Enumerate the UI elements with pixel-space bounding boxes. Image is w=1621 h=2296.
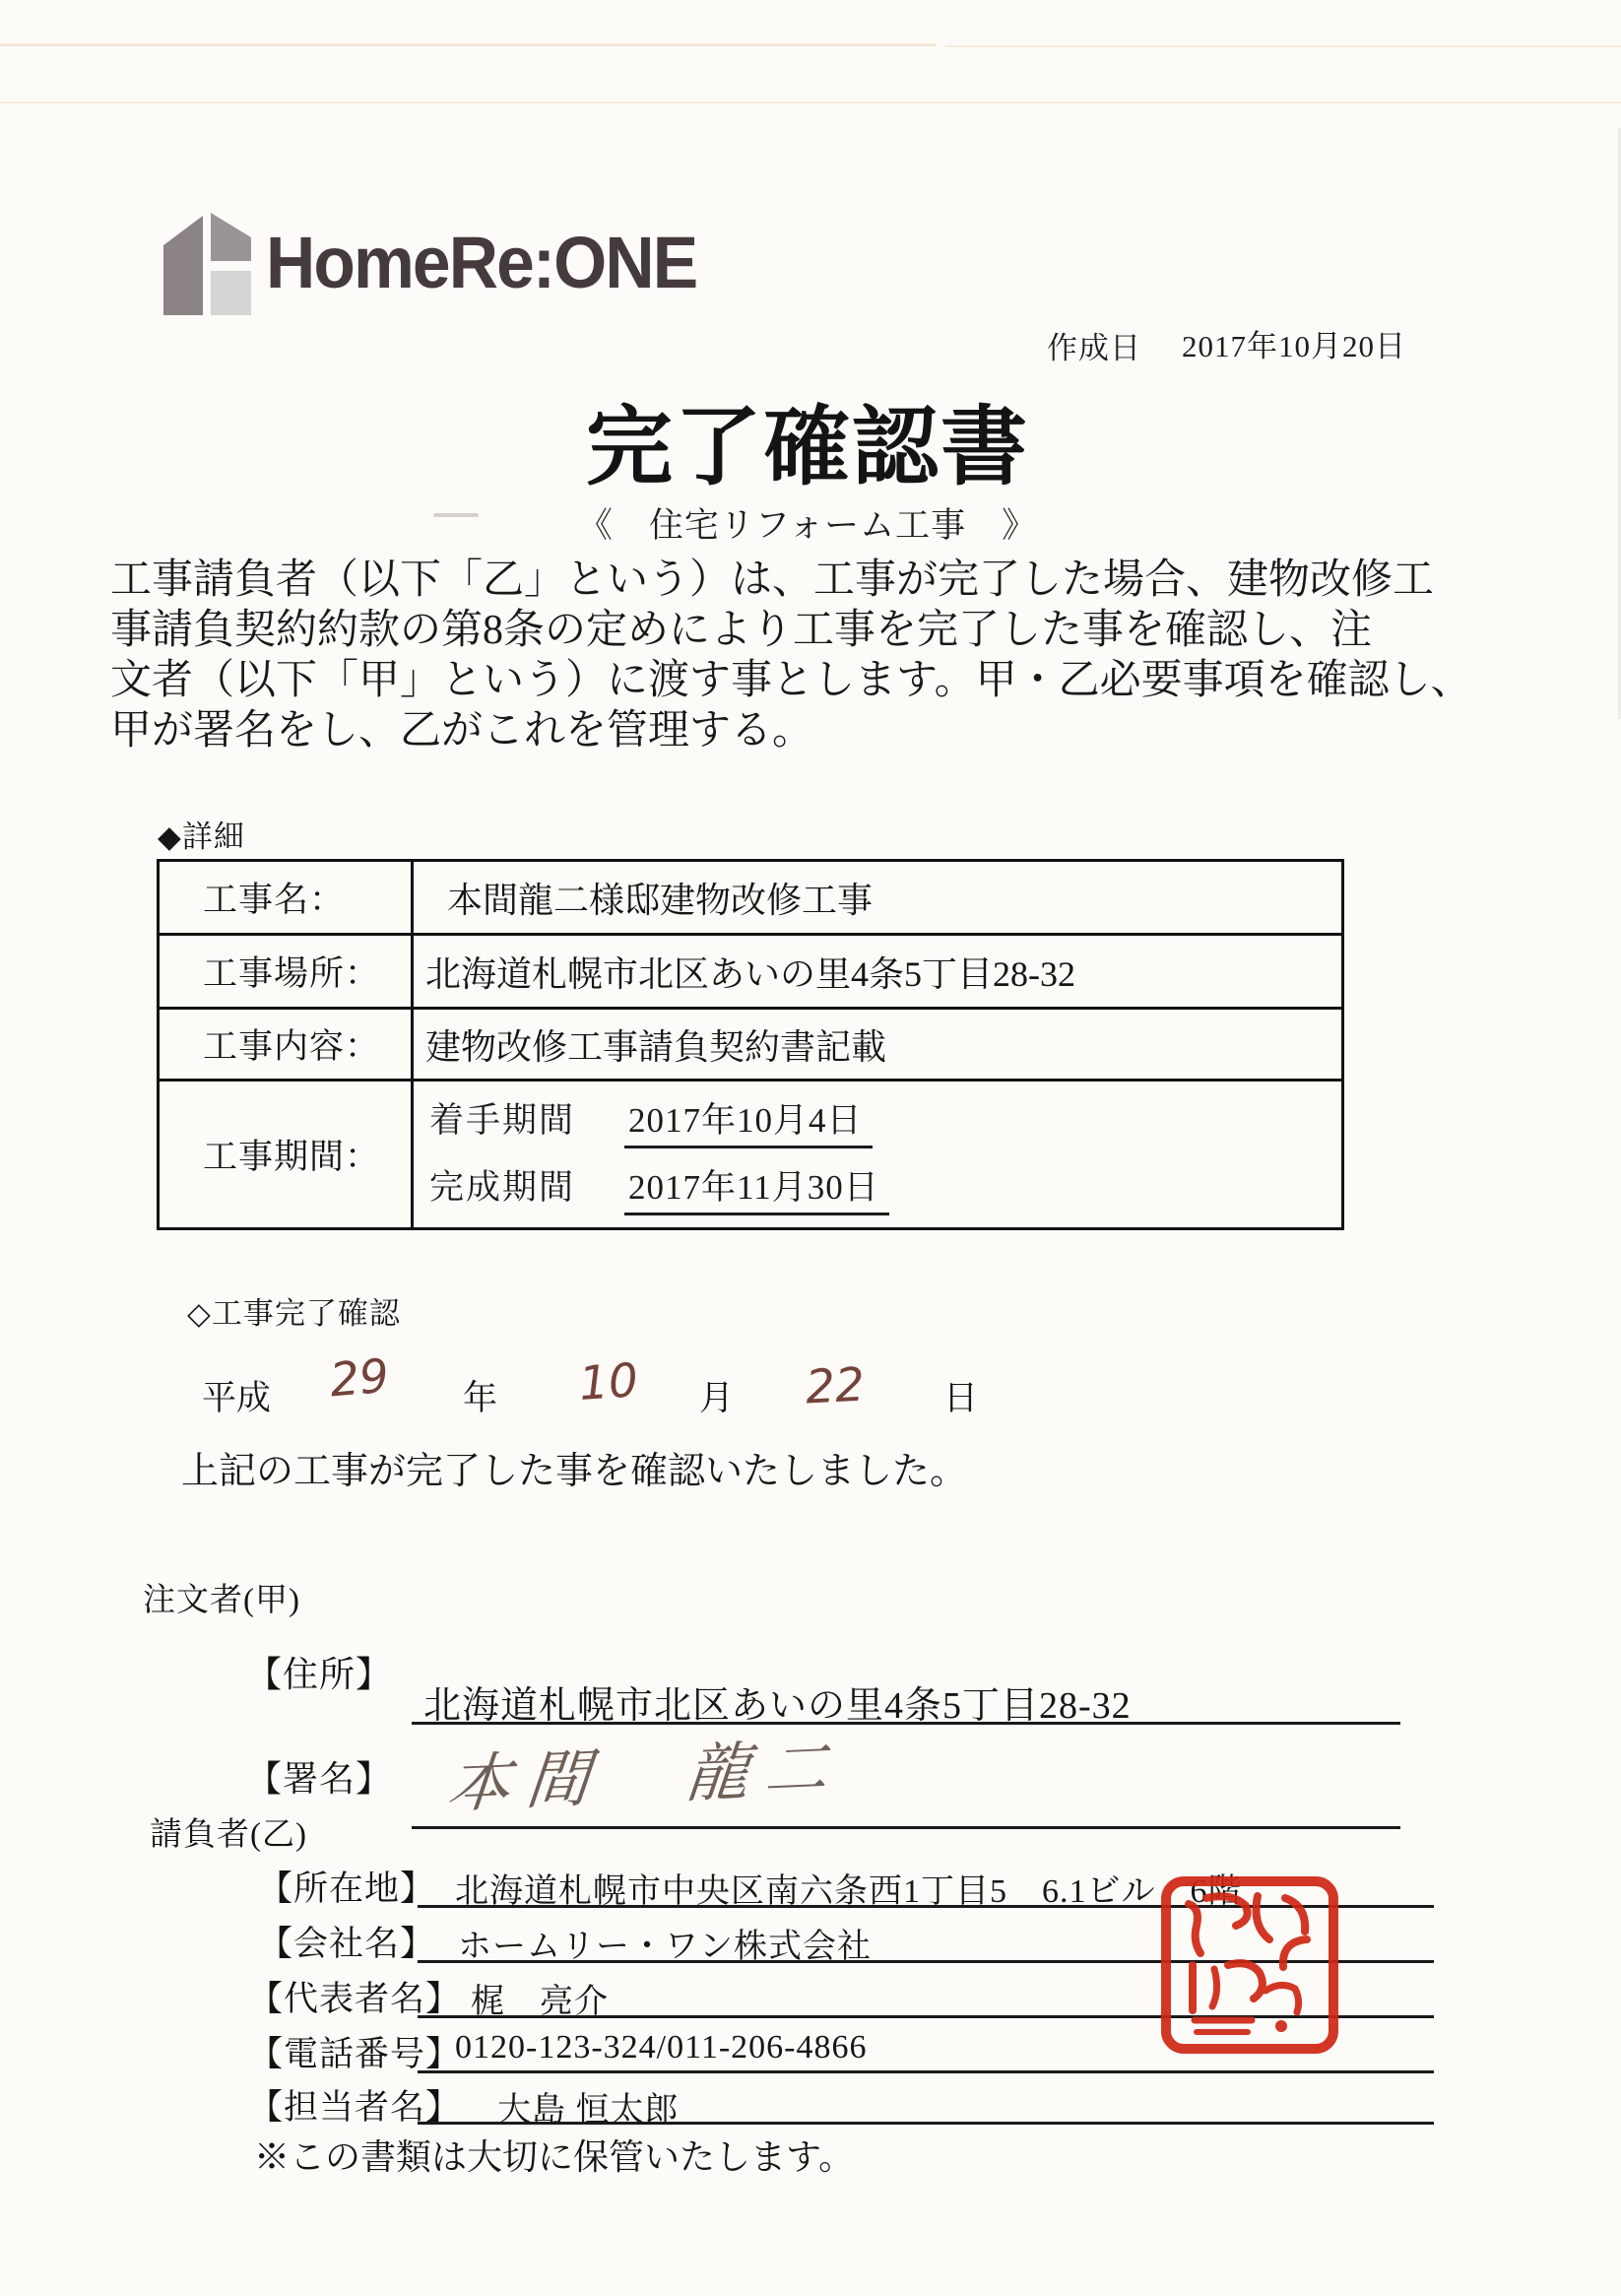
created-date-label: 作成日 <box>1047 323 1141 367</box>
row-label: 工事名： <box>160 862 414 933</box>
contractor-phone-value: 0120-123-324/011-206-4866 <box>455 2029 867 2066</box>
storage-note: ※この書類は大切に保管いたします。 <box>254 2130 854 2180</box>
month-value-handwritten: 10 <box>577 1353 640 1411</box>
document-title: 完了確認書 <box>463 378 1152 502</box>
scan-artifact-line <box>945 45 1621 47</box>
preamble-line: 文者（以下「甲」という）に渡す事とします。甲・乙必要事項を確認し、 <box>110 656 1095 706</box>
row-value: 建物改修工事請負契約書記載 <box>414 1010 1341 1079</box>
details-table: 工事名： 本間龍二様邸建物改修工事 工事場所： 北海道札幌市北区あいの里4条5丁… <box>157 859 1344 1230</box>
scanned-completion-certificate: HomeRe:ONE 作成日 2017年10月20日 完了確認書 《 住宅リフォ… <box>0 0 1621 2296</box>
details-heading: ◆詳細 <box>158 812 245 856</box>
row-label: 工事内容： <box>160 1010 414 1079</box>
day-value-handwritten: 22 <box>805 1357 867 1414</box>
era-label: 平成 <box>202 1371 271 1420</box>
company-seal-stamp-icon <box>1159 1874 1340 2056</box>
period-start-date: 2017年10月4日 <box>624 1093 873 1148</box>
contractor-representative-label: 【代表者名】 <box>248 1972 461 2021</box>
contractor-phone-underline <box>418 2070 1434 2073</box>
row-value: 本間龍二様邸建物改修工事 <box>414 862 1341 933</box>
preamble-line: 甲が署名をし、乙がこれを管理する。 <box>110 706 1095 756</box>
table-row-construction-content: 工事内容： 建物改修工事請負契約書記載 <box>160 1010 1341 1082</box>
address-underline <box>412 1722 1400 1725</box>
orderer-address-label: 【住所】 <box>246 1647 392 1697</box>
contractor-heading: 請負者(乙) <box>150 1808 307 1855</box>
row-label: 工事期間： <box>160 1082 414 1227</box>
row-value: 北海道札幌市北区あいの里4条5丁目28-32 <box>414 936 1341 1007</box>
year-unit: 年 <box>463 1371 497 1420</box>
preamble-paragraph: 工事請負者（以下「乙」という）は、工事が完了した場合、建物改修工 事請負契約約款… <box>110 556 1095 756</box>
scan-artifact-line <box>0 101 1621 103</box>
scan-artifact-line <box>0 43 936 46</box>
period-end-date: 2017年11月30日 <box>624 1160 889 1215</box>
month-unit: 月 <box>699 1371 734 1420</box>
completion-heading: ◇工事完了確認 <box>187 1288 401 1333</box>
period-end-label: 完成期間 <box>429 1160 575 1210</box>
table-row-construction-site: 工事場所： 北海道札幌市北区あいの里4条5丁目28-32 <box>160 936 1341 1010</box>
document-subtitle: 《 住宅リフォーム工事 》 <box>463 498 1152 548</box>
period-start-label: 着手期間 <box>429 1093 575 1143</box>
period-start-line: 着手期間 2017年10月4日 <box>429 1093 1341 1148</box>
created-date-value: 2017年10月20日 <box>1182 321 1406 365</box>
preamble-line: 工事請負者（以下「乙」という）は、工事が完了した場合、建物改修工 <box>110 556 1095 606</box>
contractor-location-label: 【所在地】 <box>258 1862 435 1911</box>
contractor-company-label: 【会社名】 <box>258 1917 435 1966</box>
completion-statement: 上記の工事が完了した事を確認いたしました。 <box>181 1440 967 1494</box>
day-unit: 日 <box>943 1371 978 1420</box>
orderer-signature-label: 【署名】 <box>246 1751 392 1802</box>
row-label: 工事場所： <box>160 936 414 1007</box>
period-end-line: 完成期間 2017年11月30日 <box>429 1160 1341 1215</box>
period-cell: 着手期間 2017年10月4日 完成期間 2017年11月30日 <box>414 1082 1341 1227</box>
signature-underline <box>412 1826 1400 1829</box>
contractor-manager-underline <box>418 2122 1434 2125</box>
table-row-construction-period: 工事期間： 着手期間 2017年10月4日 完成期間 2017年11月30日 <box>160 1082 1341 1227</box>
table-row-construction-name: 工事名： 本間龍二様邸建物改修工事 <box>160 862 1341 936</box>
orderer-heading: 注文者(甲) <box>143 1574 300 1620</box>
house-logo-icon <box>156 209 252 317</box>
preamble-line: 事請負契約約款の第8条の定めにより工事を完了した事を確認し、注 <box>110 606 1095 656</box>
logo-text: HomeRe:ONE <box>266 221 696 304</box>
contractor-phone-label: 【電話番号】 <box>248 2027 461 2076</box>
orderer-signature-handwritten: 本間 龍二 <box>444 1717 849 1825</box>
year-value-handwritten: 29 <box>328 1348 391 1408</box>
